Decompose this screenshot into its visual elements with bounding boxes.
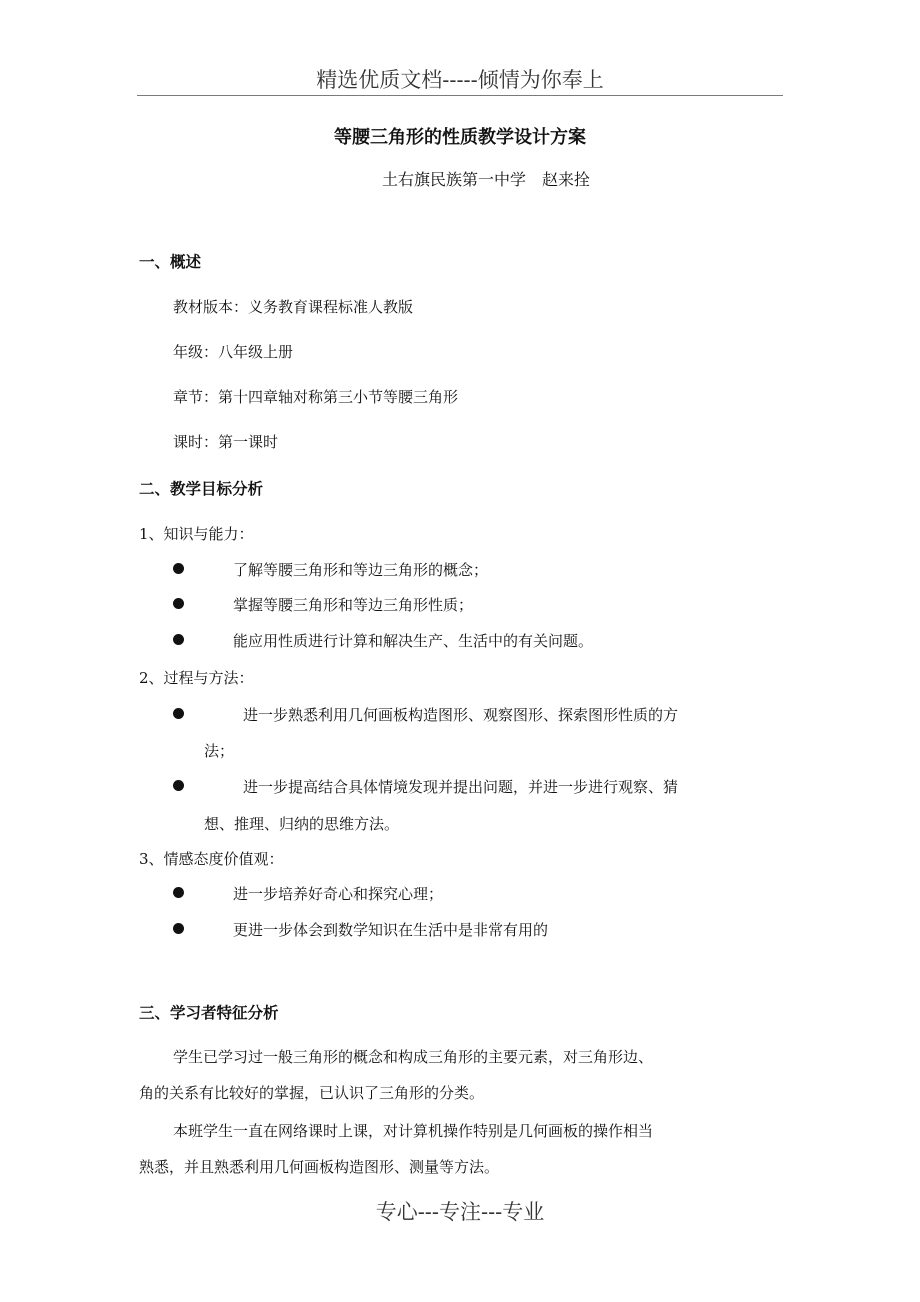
process-bullet-1-line2: 法； xyxy=(204,740,234,761)
knowledge-bullet-2: 掌握等腰三角形和等边三角形性质； xyxy=(233,594,473,615)
learners-para-2-line2: 熟悉，并且熟悉利用几何画板构造图形、测量等方法。 xyxy=(139,1156,499,1177)
author-name: 赵来拴 xyxy=(542,170,590,189)
bullet-icon xyxy=(173,887,184,898)
section-heading-overview: 一、概述 xyxy=(139,250,201,272)
learners-para-1-line1: 学生已学习过一般三角形的概念和构成三角形的主要元素，对三角形边、 xyxy=(173,1046,653,1067)
section-heading-learners: 三、学习者特征分析 xyxy=(139,1001,279,1023)
author-line: 土右旗民族第一中学赵来拴 xyxy=(382,167,606,190)
overview-lesson: 课时：第一课时 xyxy=(173,431,278,452)
learners-para-2-line1: 本班学生一直在网络课时上课，对计算机操作特别是几何画板的操作相当 xyxy=(173,1120,653,1141)
overview-chapter: 章节：第十四章轴对称第三小节等腰三角形 xyxy=(173,386,458,407)
bullet-icon xyxy=(173,708,184,719)
page-header: 精选优质文档-----倾情为你奉上 xyxy=(0,64,920,94)
attitude-bullet-1: 进一步培养好奇心和探究心理； xyxy=(233,883,443,904)
section-heading-objectives: 二、教学目标分析 xyxy=(139,477,263,499)
overview-grade: 年级：八年级上册 xyxy=(173,341,293,362)
bullet-icon xyxy=(173,563,184,574)
process-bullet-2-line2: 想、推理、归纳的思维方法。 xyxy=(204,813,399,834)
bullet-icon xyxy=(173,923,184,934)
subsection-process: 2、过程与方法： xyxy=(139,667,254,688)
subsection-knowledge: 1、知识与能力： xyxy=(139,523,254,544)
process-bullet-2-line1: 进一步提高结合具体情境发现并提出问题，并进一步进行观察、猜 xyxy=(243,776,678,797)
knowledge-bullet-1: 了解等腰三角形和等边三角形的概念； xyxy=(233,559,488,580)
header-divider xyxy=(137,95,783,96)
attitude-bullet-2: 更进一步体会到数学知识在生活中是非常有用的 xyxy=(233,919,548,940)
bullet-icon xyxy=(173,634,184,645)
document-title: 等腰三角形的性质教学设计方案 xyxy=(0,123,920,149)
bullet-icon xyxy=(173,780,184,791)
learners-para-1-line2: 角的关系有比较好的掌握，已认识了三角形的分类。 xyxy=(139,1082,484,1103)
knowledge-bullet-3: 能应用性质进行计算和解决生产、生活中的有关问题。 xyxy=(233,630,593,651)
author-school: 土右旗民族第一中学 xyxy=(382,170,526,189)
overview-textbook: 教材版本：义务教育课程标准人教版 xyxy=(173,296,413,317)
page-footer: 专心---专注---专业 xyxy=(0,1196,920,1226)
subsection-attitude: 3、情感态度价值观： xyxy=(139,848,284,869)
bullet-icon xyxy=(173,598,184,609)
process-bullet-1-line1: 进一步熟悉利用几何画板构造图形、观察图形、探索图形性质的方 xyxy=(243,704,678,725)
